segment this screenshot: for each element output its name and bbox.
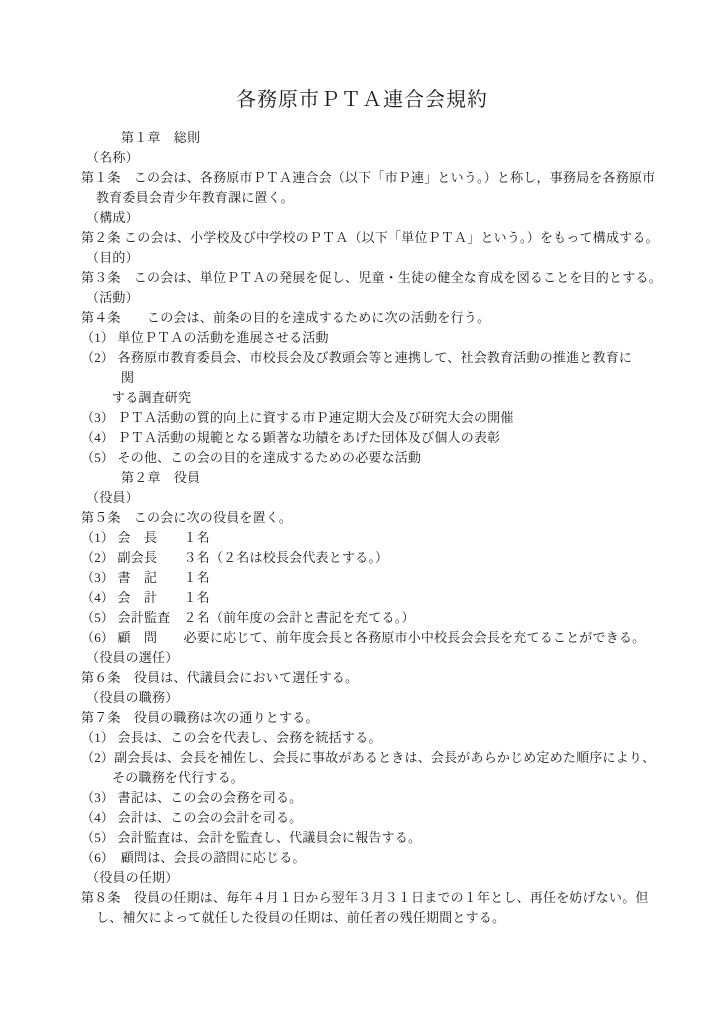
section-label: （役員の選任） [81,648,684,668]
section-label: （役員の職務） [81,688,684,708]
section-label: （名称） [81,148,684,168]
list-item-line: （1） 単位ＰＴＡの活動を進展させる活動 [81,328,684,348]
list-item-line: （4） ＰＴＡ活動の規範となる顕著な功績をあげた団体及び個人の表彰 [81,428,684,448]
chapter-heading: 第２章 役員 [81,468,684,488]
list-item-line: （5） 会計監査は、会計を監査し、代議員会に報告する。 [81,828,684,848]
article-line: 第４条 この会は、前条の目的を達成するために次の活動を行う。 [81,308,684,328]
list-item-line: （6） 顧問は、会長の諮問に応じる。 [81,848,684,868]
article-line: 第５条 この会に次の役員を置く。 [81,508,684,528]
continuation-line: 関 [81,368,684,388]
document-body: 第１章 総則 （名称） 第１条 この会は、各務原市ＰＴＡ連合会（以下「市Ｐ連」と… [0,128,724,928]
list-item-line: （1） 会 長 １名 [81,528,684,548]
list-item-line: （4） 会 計 １名 [81,588,684,608]
list-item-line: （4） 会計は、この会の会計を司る。 [81,808,684,828]
list-item-line: （5） 会計監査 ２名（前年度の会計と書記を充てる。） [81,608,684,628]
document-page: 各務原市ＰＴＡ連合会規約 第１章 総則 （名称） 第１条 この会は、各務原市ＰＴ… [0,0,724,1024]
continuation-line: 教育委員会青少年教育課に置く。 [81,188,684,208]
list-item-line: （1） 会長は、この会を代表し、会務を統括する。 [81,728,684,748]
continuation-line: し、補欠によって就任した役員の任期は、前任者の残任期間とする。 [81,908,684,928]
list-item-line: （3） 書 記 １名 [81,568,684,588]
list-item-line: （2）副会長は、会長を補佐し、会長に事故があるときは、会長があらかじめ定めた順序… [81,748,684,768]
article-line: 第３条 この会は、単位ＰＴＡの発展を促し、児童・生徒の健全な育成を図ることを目的… [81,268,684,288]
article-line: 第７条 役員の職務は次の通りとする。 [81,708,684,728]
article-line: 第６条 役員は、代議員会において選任する。 [81,668,684,688]
section-label: （役員の任期） [81,868,684,888]
list-item-line: （2） 副会長 ３名（２名は校長会代表とする。） [81,548,684,568]
document-title: 各務原市ＰＴＡ連合会規約 [0,0,724,114]
section-label: （目的） [81,248,684,268]
section-label: （活動） [81,288,684,308]
article-line: 第２条 この会は、小学校及び中学校のＰＴＡ（以下「単位ＰＴＡ」という。）をもって… [81,228,684,248]
chapter-heading: 第１章 総則 [81,128,684,148]
continuation-line: する調査研究 [81,388,684,408]
list-item-line: （6） 顧 問 必要に応じて、前年度会長と各務原市小中校長会会長を充てることがで… [81,628,684,648]
section-label: （役員） [81,488,684,508]
article-line: 第１条 この会は、各務原市ＰＴＡ連合会（以下「市Ｐ連」という。）と称し，事務局を… [81,168,684,188]
list-item-line: （3） ＰＴＡ活動の質的向上に資する市Ｐ連定期大会及び研究大会の開催 [81,408,684,428]
list-item-line: （5） その他、この会の目的を達成するための必要な活動 [81,448,684,468]
list-item-line: （3） 書記は、この会の会務を司る。 [81,788,684,808]
article-line: 第８条 役員の任期は、毎年４月１日から翌年３月３１日までの１年とし、再任を妨げな… [81,888,684,908]
list-item-line: （2） 各務原市教育委員会、市校長会及び教頭会等と連携して、社会教育活動の推進と… [81,348,684,368]
section-label: （構成） [81,208,684,228]
continuation-line: その職務を代行する。 [81,768,684,788]
